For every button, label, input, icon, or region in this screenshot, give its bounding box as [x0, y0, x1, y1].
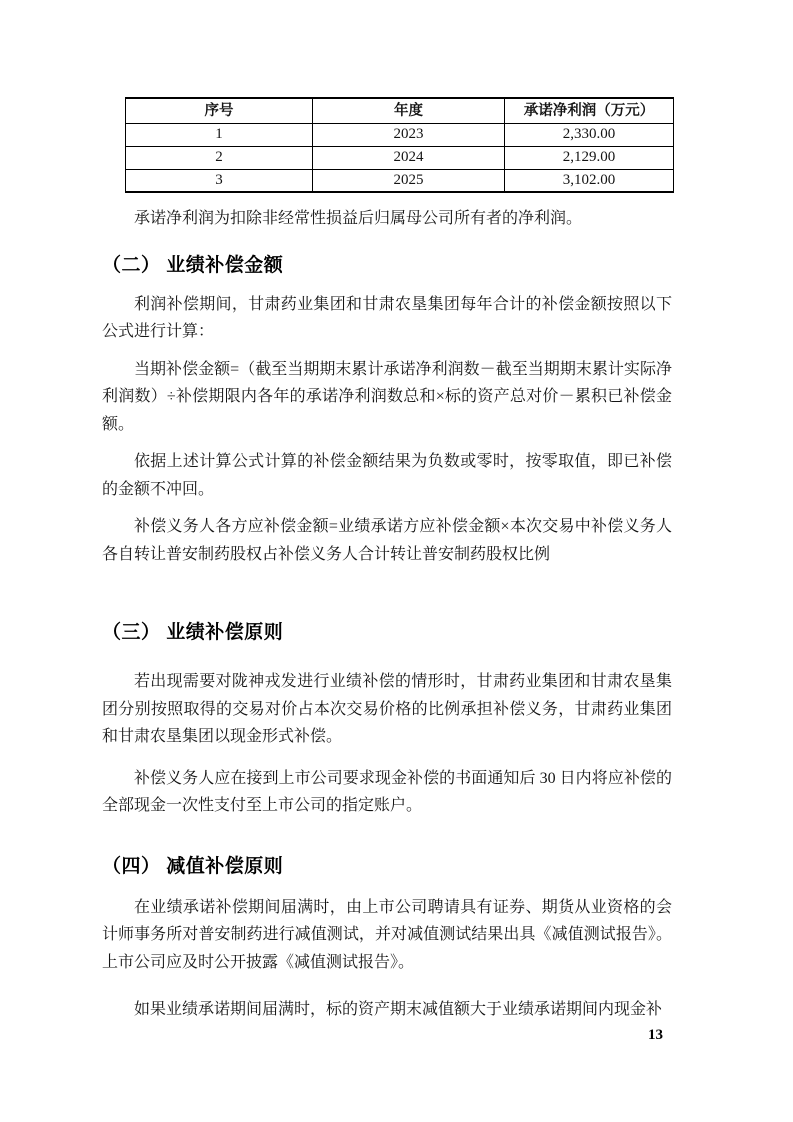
cell-profit: 2,129.00 — [505, 146, 674, 169]
body-paragraph: 补偿义务人应在接到上市公司要求现金补偿的书面通知后 30 日内将应补偿的全部现金… — [102, 765, 672, 820]
table-row: 1 2023 2,330.00 — [126, 123, 674, 146]
body-paragraph: 若出现需要对陇神戎发进行业绩补偿的情形时，甘肃药业集团和甘肃农垦集团分别按照取得… — [102, 668, 672, 751]
table-row: 2 2024 2,129.00 — [126, 146, 674, 169]
body-paragraph: 依据上述计算公式计算的补偿金额结果为负数或零时，按零取值，即已补偿的金额不冲回。 — [102, 448, 672, 503]
body-paragraph-truncated: 如果业绩承诺期间届满时，标的资产期末减值额大于业绩承诺期间内现金补 — [102, 996, 672, 1024]
cell-profit: 3,102.00 — [505, 169, 674, 192]
table-header-year: 年度 — [313, 98, 505, 123]
section-heading-performance-compensation-amount: （二） 业绩补偿金额 — [102, 251, 672, 281]
document-page: 序号 年度 承诺净利润（万元） 1 2023 2,330.00 2 2024 2… — [0, 0, 793, 1122]
cell-year: 2023 — [313, 123, 505, 146]
table-row: 3 2025 3,102.00 — [126, 169, 674, 192]
cell-profit: 2,330.00 — [505, 123, 674, 146]
cell-serial: 3 — [126, 169, 313, 192]
cell-serial: 2 — [126, 146, 313, 169]
body-paragraph: 利润补偿期间，甘肃药业集团和甘肃农垦集团每年合计的补偿金额按照以下公式进行计算： — [102, 291, 672, 346]
cell-serial: 1 — [126, 123, 313, 146]
cell-year: 2024 — [313, 146, 505, 169]
body-paragraph: 在业绩承诺补偿期间届满时，由上市公司聘请具有证券、期货从业资格的会计师事务所对普… — [102, 894, 672, 977]
table-header-profit: 承诺净利润（万元） — [505, 98, 674, 123]
page-number: 13 — [102, 1025, 672, 1045]
promised-net-profit-table: 序号 年度 承诺净利润（万元） 1 2023 2,330.00 2 2024 2… — [125, 97, 674, 193]
table-header-serial: 序号 — [126, 98, 313, 123]
body-paragraph-formula: 补偿义务人各方应补偿金额=业绩承诺方应补偿金额×本次交易中补偿义务人各自转让普安… — [102, 513, 672, 568]
section-heading-performance-compensation-principle: （三） 业绩补偿原则 — [102, 618, 672, 648]
section-heading-impairment-compensation-principle: （四） 减值补偿原则 — [102, 852, 672, 882]
cell-year: 2025 — [313, 169, 505, 192]
table-note-paragraph: 承诺净利润为扣除非经常性损益后归属母公司所有者的净利润。 — [102, 205, 672, 233]
table-header-row: 序号 年度 承诺净利润（万元） — [126, 98, 674, 123]
body-paragraph-formula: 当期补偿金额=（截至当期期末累计承诺净利润数－截至当期期末累计实际净利润数）÷补… — [102, 356, 672, 439]
